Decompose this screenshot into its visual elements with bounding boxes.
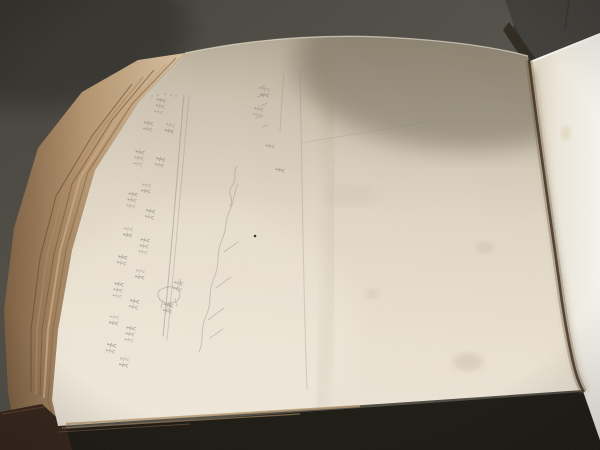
photo-sketchbook bbox=[0, 0, 600, 450]
film-grain-overlay bbox=[0, 0, 600, 450]
photo-canvas bbox=[0, 0, 600, 450]
